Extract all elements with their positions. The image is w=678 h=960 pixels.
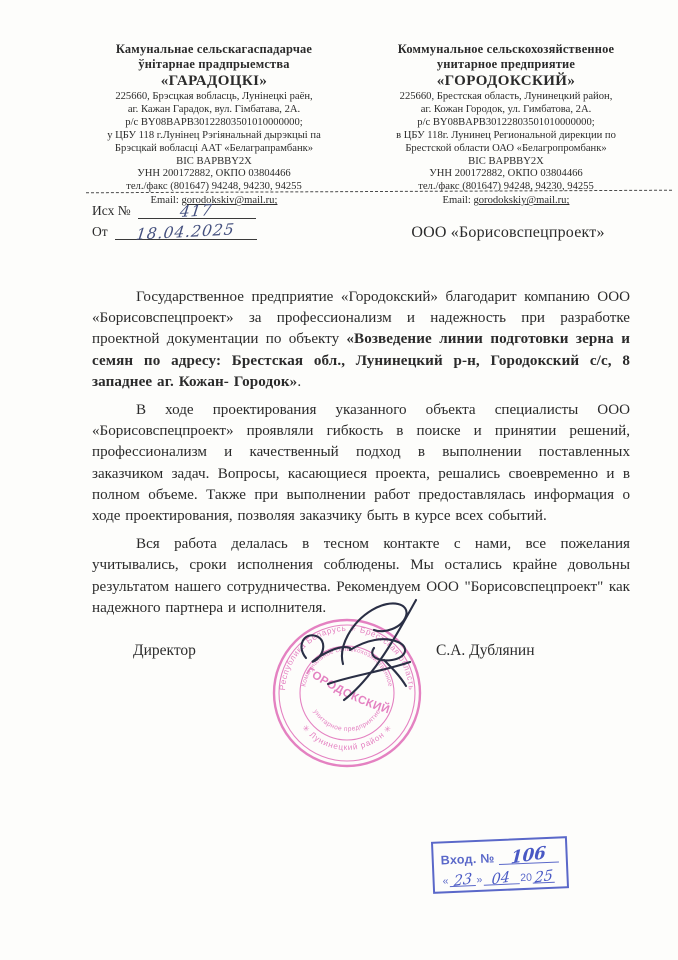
paragraph-2: В ходе проектирования указанного объекта… [92,400,630,527]
entry-stamp-number-line: Вход. № 106 [440,841,559,868]
org-line: унитарное предприятие [348,57,664,72]
date-label: От [92,224,108,240]
org-line: Коммунальное сельскохозяйственное [348,42,664,57]
address-line: 225660, Брестская область, Лунинецкий ра… [348,91,664,104]
entry-day-field: 23 [449,869,476,887]
address-line: Брестской области ОАО «Белагропромбанк» [348,143,664,156]
entry-stamp: Вход. № 106 « 23 » 04 20 25 [431,836,569,894]
paragraph-1: Государственное предприятие «Городокский… [92,287,630,393]
address-line: тел./факс (801647) 94248, 94230, 94255 [348,181,664,194]
entry-month-handwritten: 04 [492,869,511,888]
address-line: УНН 200172882, ОКПО 03804466 [64,168,364,181]
outgoing-number-handwritten: 417 [179,201,214,221]
address-line: Брэсцкай вобласці ААТ «Белаграпрамбанк» [64,143,364,156]
letterhead-right: Коммунальное сельскохозяйственное унитар… [348,42,664,207]
letterhead-left: Камунальнае сельскагаспадарчае ўнітарнае… [64,42,364,207]
outgoing-number-line: Исх № 417 [92,199,257,219]
org-name: «ГАРАДОЦКІ» [64,72,364,90]
address-line: BIC BAPBBY2X [64,156,364,169]
date-field: 18.04.2025 [115,221,257,240]
director-name: С.А. Дублянин [436,642,535,660]
entry-century: 20 [519,872,533,885]
address-line: BIC BAPBBY2X [348,156,664,169]
address-line: УНН 200172882, ОКПО 03804466 [348,168,664,181]
entry-month-field: 04 [483,867,520,885]
entry-year-handwritten: 25 [534,868,553,887]
entry-stamp-date-line: « 23 » 04 20 25 [441,864,560,888]
address-line: аг. Кажан Гарадок, вул. Гімбатава, 2А. [64,104,364,117]
email-label: Email: [443,195,471,206]
signature [288,596,438,721]
recipient: ООО «Борисовспецпроект» [398,224,618,242]
paragraph-1-period: . [297,374,301,390]
address-line: р/с BY08BAPB30122803501010000000; [348,117,664,130]
address-line: у ЦБУ 118 г.Лунінец Рэгіянальнай дырэкцы… [64,130,364,143]
address-line: в ЦБУ 118г. Лунинец Региональной дирекци… [348,130,664,143]
outgoing-number-label: Исх № [92,203,131,219]
entry-stamp-label: Вход. № [440,851,494,867]
org-line: ўнітарнае прадпрыемства [64,57,364,72]
director-title: Директор [133,642,196,660]
scanned-letter-page: Камунальнае сельскагаспадарчае ўнітарнае… [0,0,678,960]
reference-block: Исх № 417 От 18.04.2025 [92,199,257,241]
address-line: 225660, Брэсцкая вобласць, Лунінецкі раё… [64,91,364,104]
org-line: Камунальнае сельскагаспадарчае [64,42,364,57]
entry-year-field: 25 [532,866,555,884]
entry-day-handwritten: 23 [453,871,472,890]
date-handwritten: 18.04.2025 [135,220,236,243]
outgoing-number-field: 417 [138,200,256,219]
email-line: Email: gorodokskiy@mail.ru; [348,194,664,207]
address-line: р/с BY08BAPB30122803501010000000; [64,117,364,130]
email-address: gorodokskiy@mail.ru; [473,195,569,206]
letter-body: Государственное предприятие «Городокский… [92,287,630,626]
org-name: «ГОРОДОКСКИЙ» [348,72,664,90]
entry-number-field: 106 [498,842,559,865]
address-line: аг. Кожан Городок, ул. Гимбатова, 2А. [348,104,664,117]
date-line: От 18.04.2025 [92,220,257,240]
